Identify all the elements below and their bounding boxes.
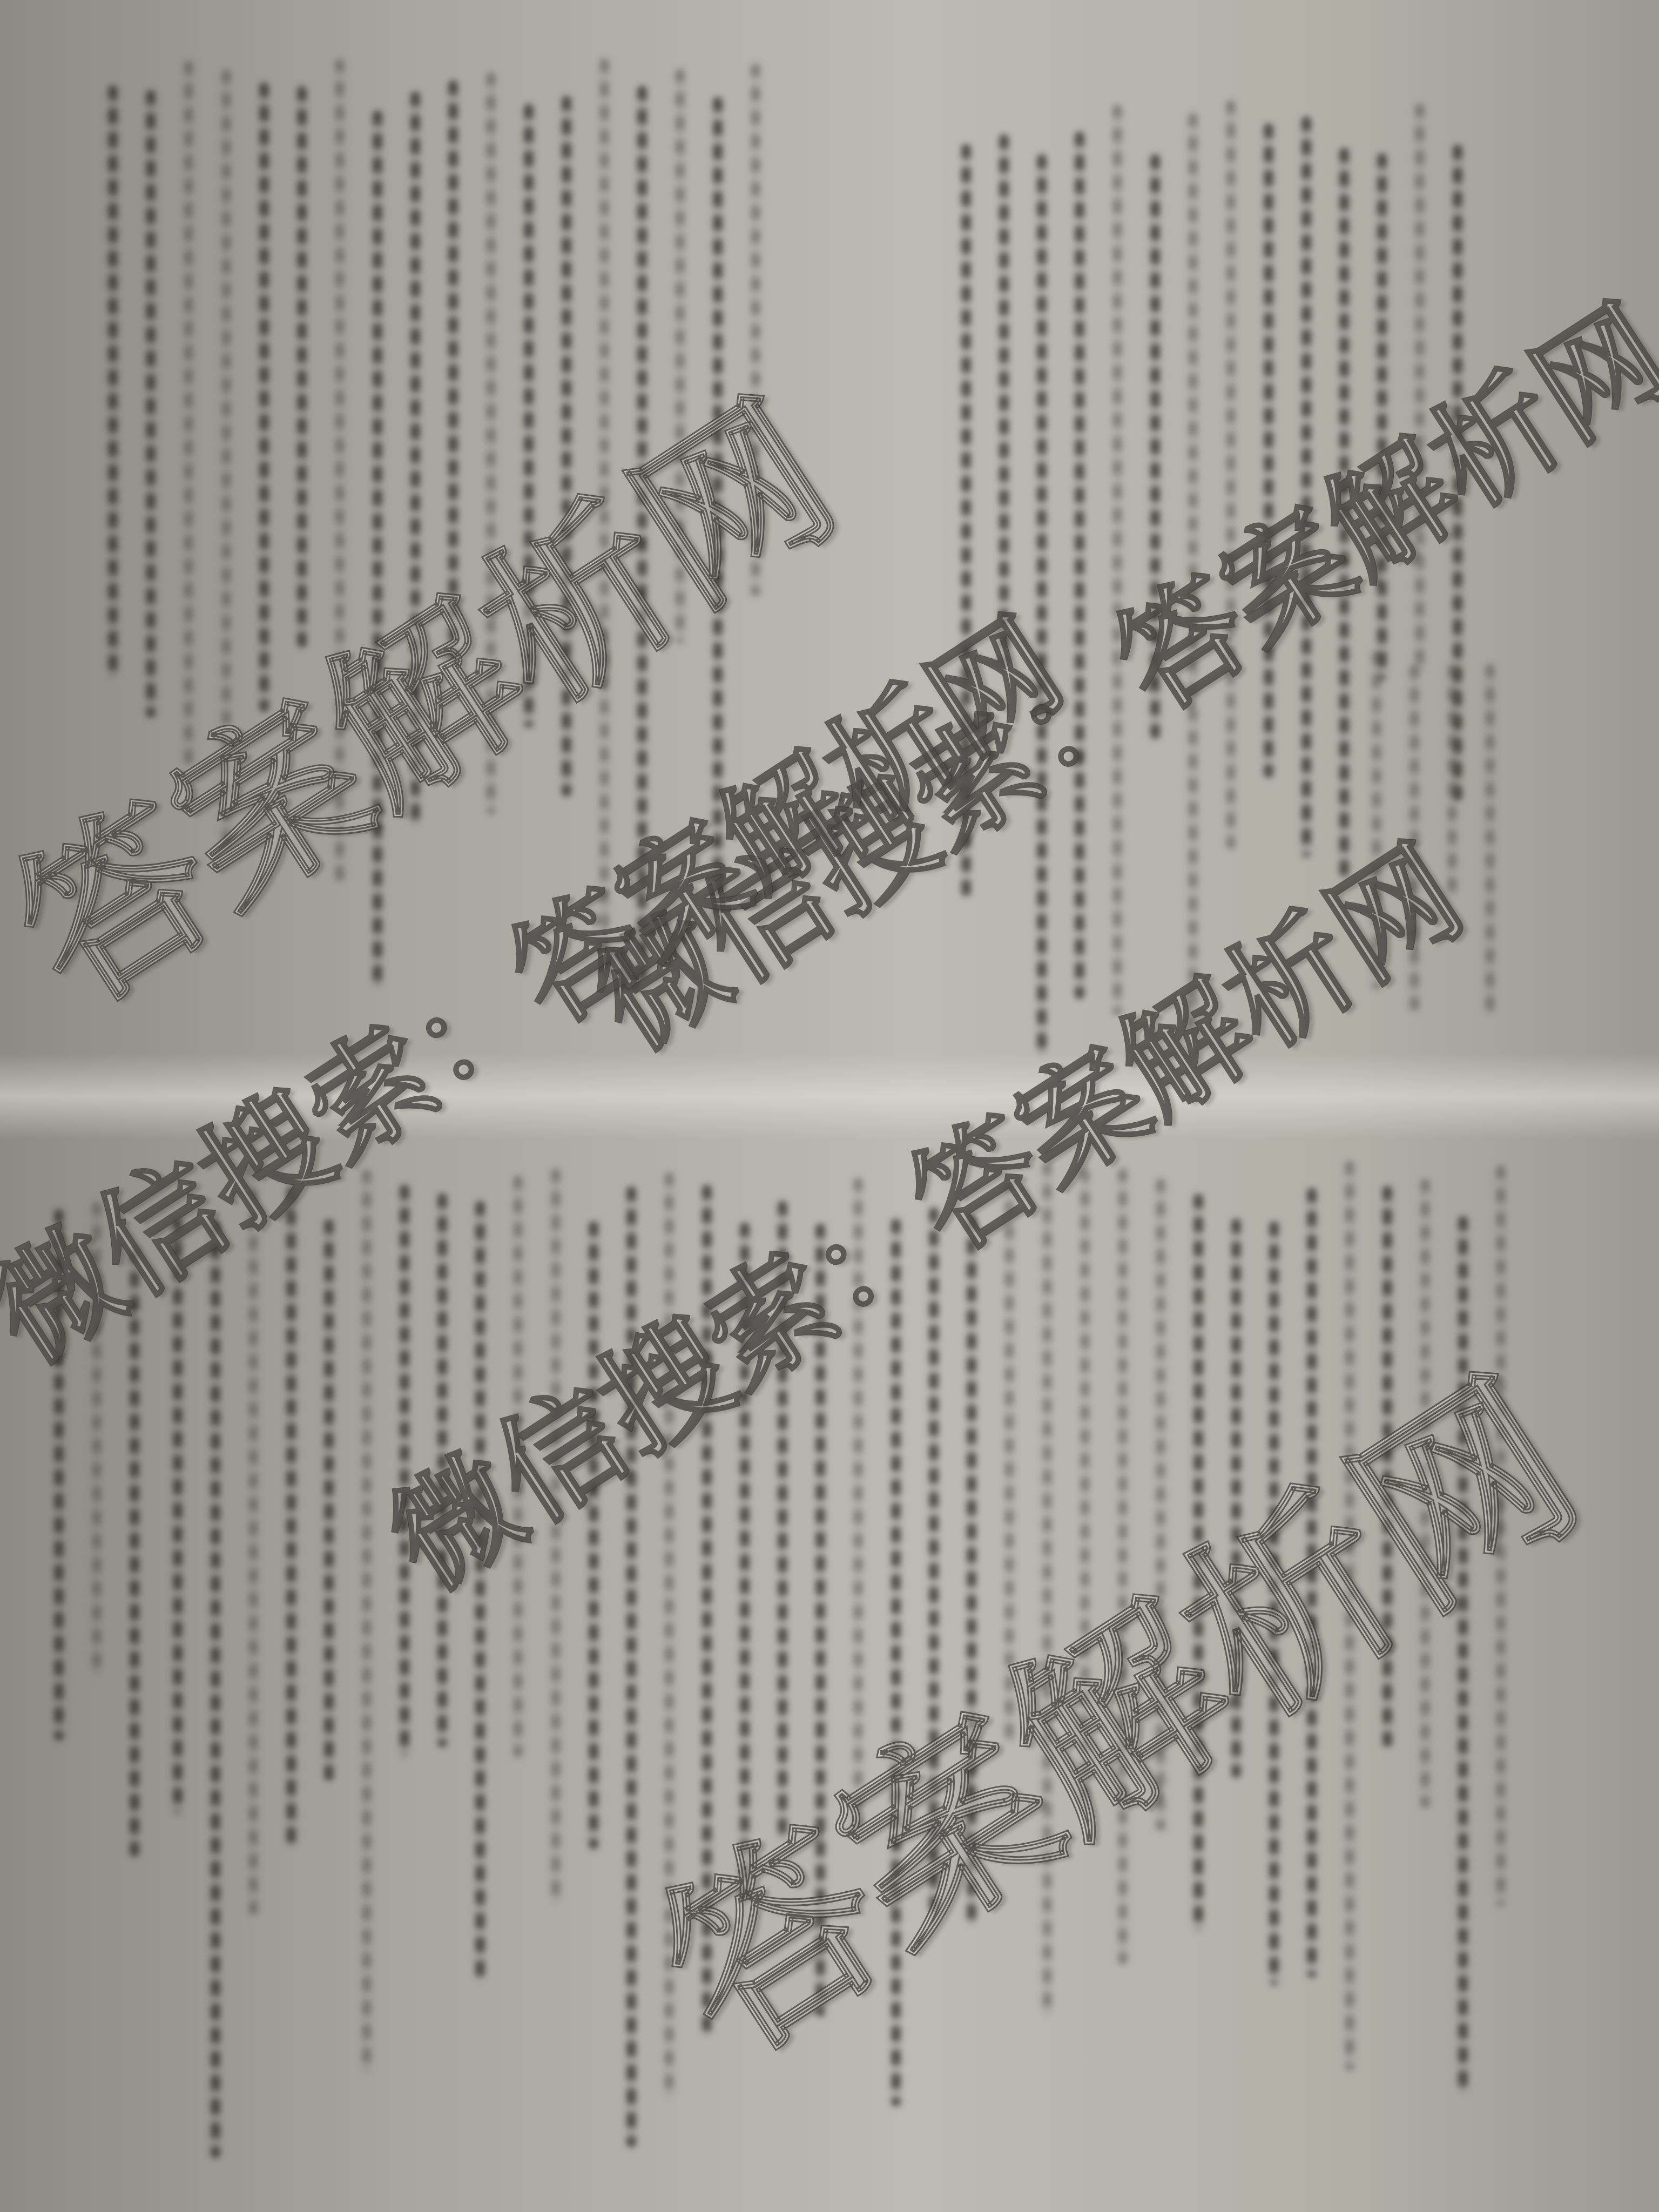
blurred-text-line: [286, 1186, 296, 1846]
blurred-text-line: [248, 1165, 258, 1915]
blurred-text-line: [259, 83, 269, 712]
blurred-text-line: [362, 1170, 372, 2073]
blurred-text-line: [1485, 664, 1495, 1014]
blurred-text-line: [1112, 105, 1122, 1015]
blurred-text-line: [146, 90, 156, 718]
blurred-text-line: [184, 61, 193, 766]
blurred-text-line: [211, 1220, 220, 2158]
blurred-text-line: [1037, 154, 1047, 1056]
blurred-text-line: [1447, 664, 1457, 898]
blurred-text-line: [1075, 132, 1084, 999]
blurred-text-line: [1226, 100, 1236, 849]
blurred-text-line: [108, 85, 118, 678]
blurred-text-line: [297, 86, 307, 648]
blurred-text-line: [324, 1219, 334, 1781]
